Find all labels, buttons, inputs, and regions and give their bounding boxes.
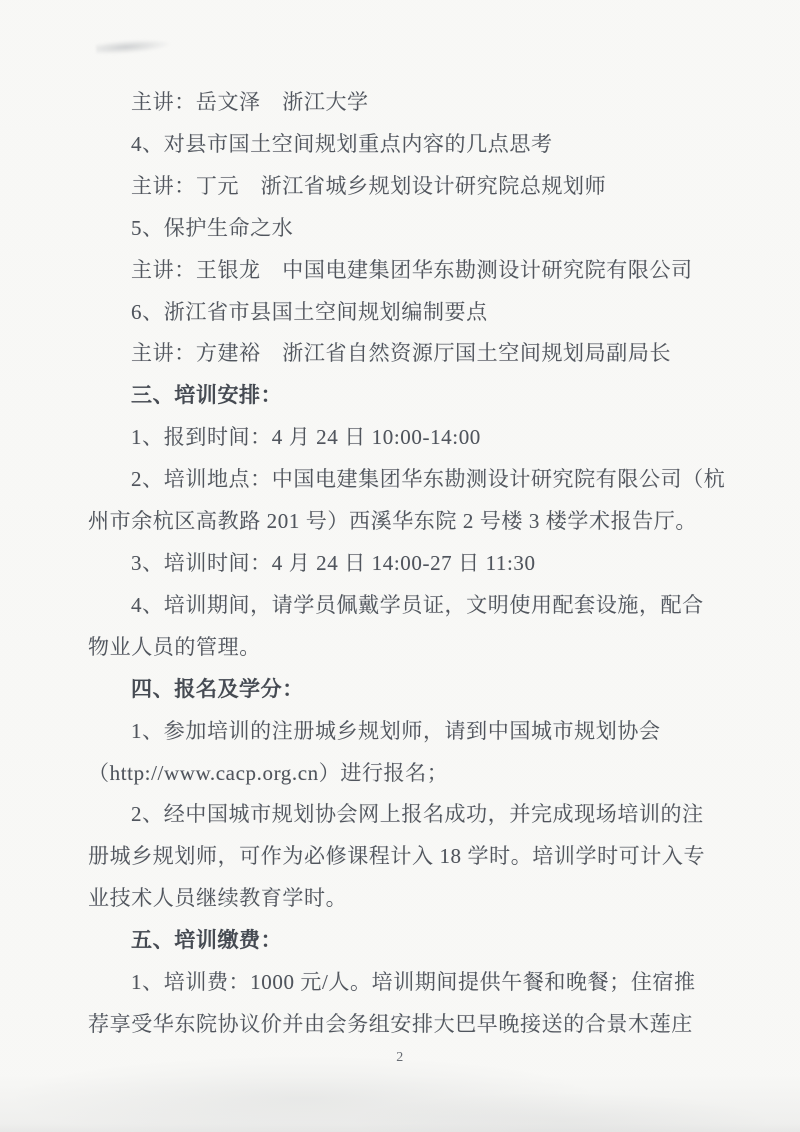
text-line-continuation: 州市余杭区高教路 201 号）西溪华东院 2 号楼 3 楼学术报告厅。 — [88, 501, 716, 543]
fee-item-1: 1、培训费：1000 元/人。培训期间提供午餐和晚餐；住宿推 — [88, 962, 716, 1004]
topic-item-6: 6、浙江省市县国土空间规划编制要点 — [88, 292, 716, 334]
lecturer-line: 主讲：王银龙 中国电建集团华东勘测设计研究院有限公司 — [88, 250, 716, 292]
lecturer-line: 主讲：丁元 浙江省城乡规划设计研究院总规划师 — [88, 166, 716, 208]
page-number: 2 — [0, 1048, 800, 1068]
scan-smudge-artifact — [96, 37, 171, 55]
topic-item-5: 5、保护生命之水 — [88, 208, 716, 250]
topic-item-4: 4、对县市国土空间规划重点内容的几点思考 — [88, 124, 716, 166]
arrangement-item-4: 4、培训期间，请学员佩戴学员证，文明使用配套设施，配合 — [88, 585, 716, 627]
registration-url-line: （http://www.cacp.org.cn）进行报名； — [88, 753, 716, 795]
lecturer-line: 主讲：岳文泽 浙江大学 — [88, 82, 716, 124]
section-heading-training-fees: 五、培训缴费： — [88, 920, 716, 962]
lecturer-line: 主讲：方建裕 浙江省自然资源厅国土空间规划局副局长 — [88, 333, 716, 375]
registration-item-2: 2、经中国城市规划协会网上报名成功，并完成现场培训的注 — [88, 794, 716, 836]
text-line-continuation: 荐享受华东院协议价并由会务组安排大巴早晚接送的合景木莲庄 — [88, 1004, 716, 1046]
scanned-document-page: 主讲：岳文泽 浙江大学 4、对县市国土空间规划重点内容的几点思考 主讲：丁元 浙… — [0, 0, 800, 1132]
text-line-continuation: 物业人员的管理。 — [88, 627, 716, 669]
arrangement-item-2: 2、培训地点：中国电建集团华东勘测设计研究院有限公司（杭 — [88, 459, 716, 501]
arrangement-item-1: 1、报到时间：4 月 24 日 10:00-14:00 — [88, 417, 716, 459]
arrangement-item-3: 3、培训时间：4 月 24 日 14:00-27 日 11:30 — [88, 543, 716, 585]
scan-shadow-artifact — [0, 1076, 800, 1132]
text-line-continuation: 业技术人员继续教育学时。 — [88, 878, 716, 920]
section-heading-training-arrangements: 三、培训安排： — [88, 375, 716, 417]
text-line-continuation: 册城乡规划师，可作为必修课程计入 18 学时。培训学时可计入专 — [88, 836, 716, 878]
section-heading-registration-credits: 四、报名及学分： — [88, 669, 716, 711]
document-body: 主讲：岳文泽 浙江大学 4、对县市国土空间规划重点内容的几点思考 主讲：丁元 浙… — [88, 82, 716, 1046]
registration-item-1: 1、参加培训的注册城乡规划师，请到中国城市规划协会 — [88, 711, 716, 753]
